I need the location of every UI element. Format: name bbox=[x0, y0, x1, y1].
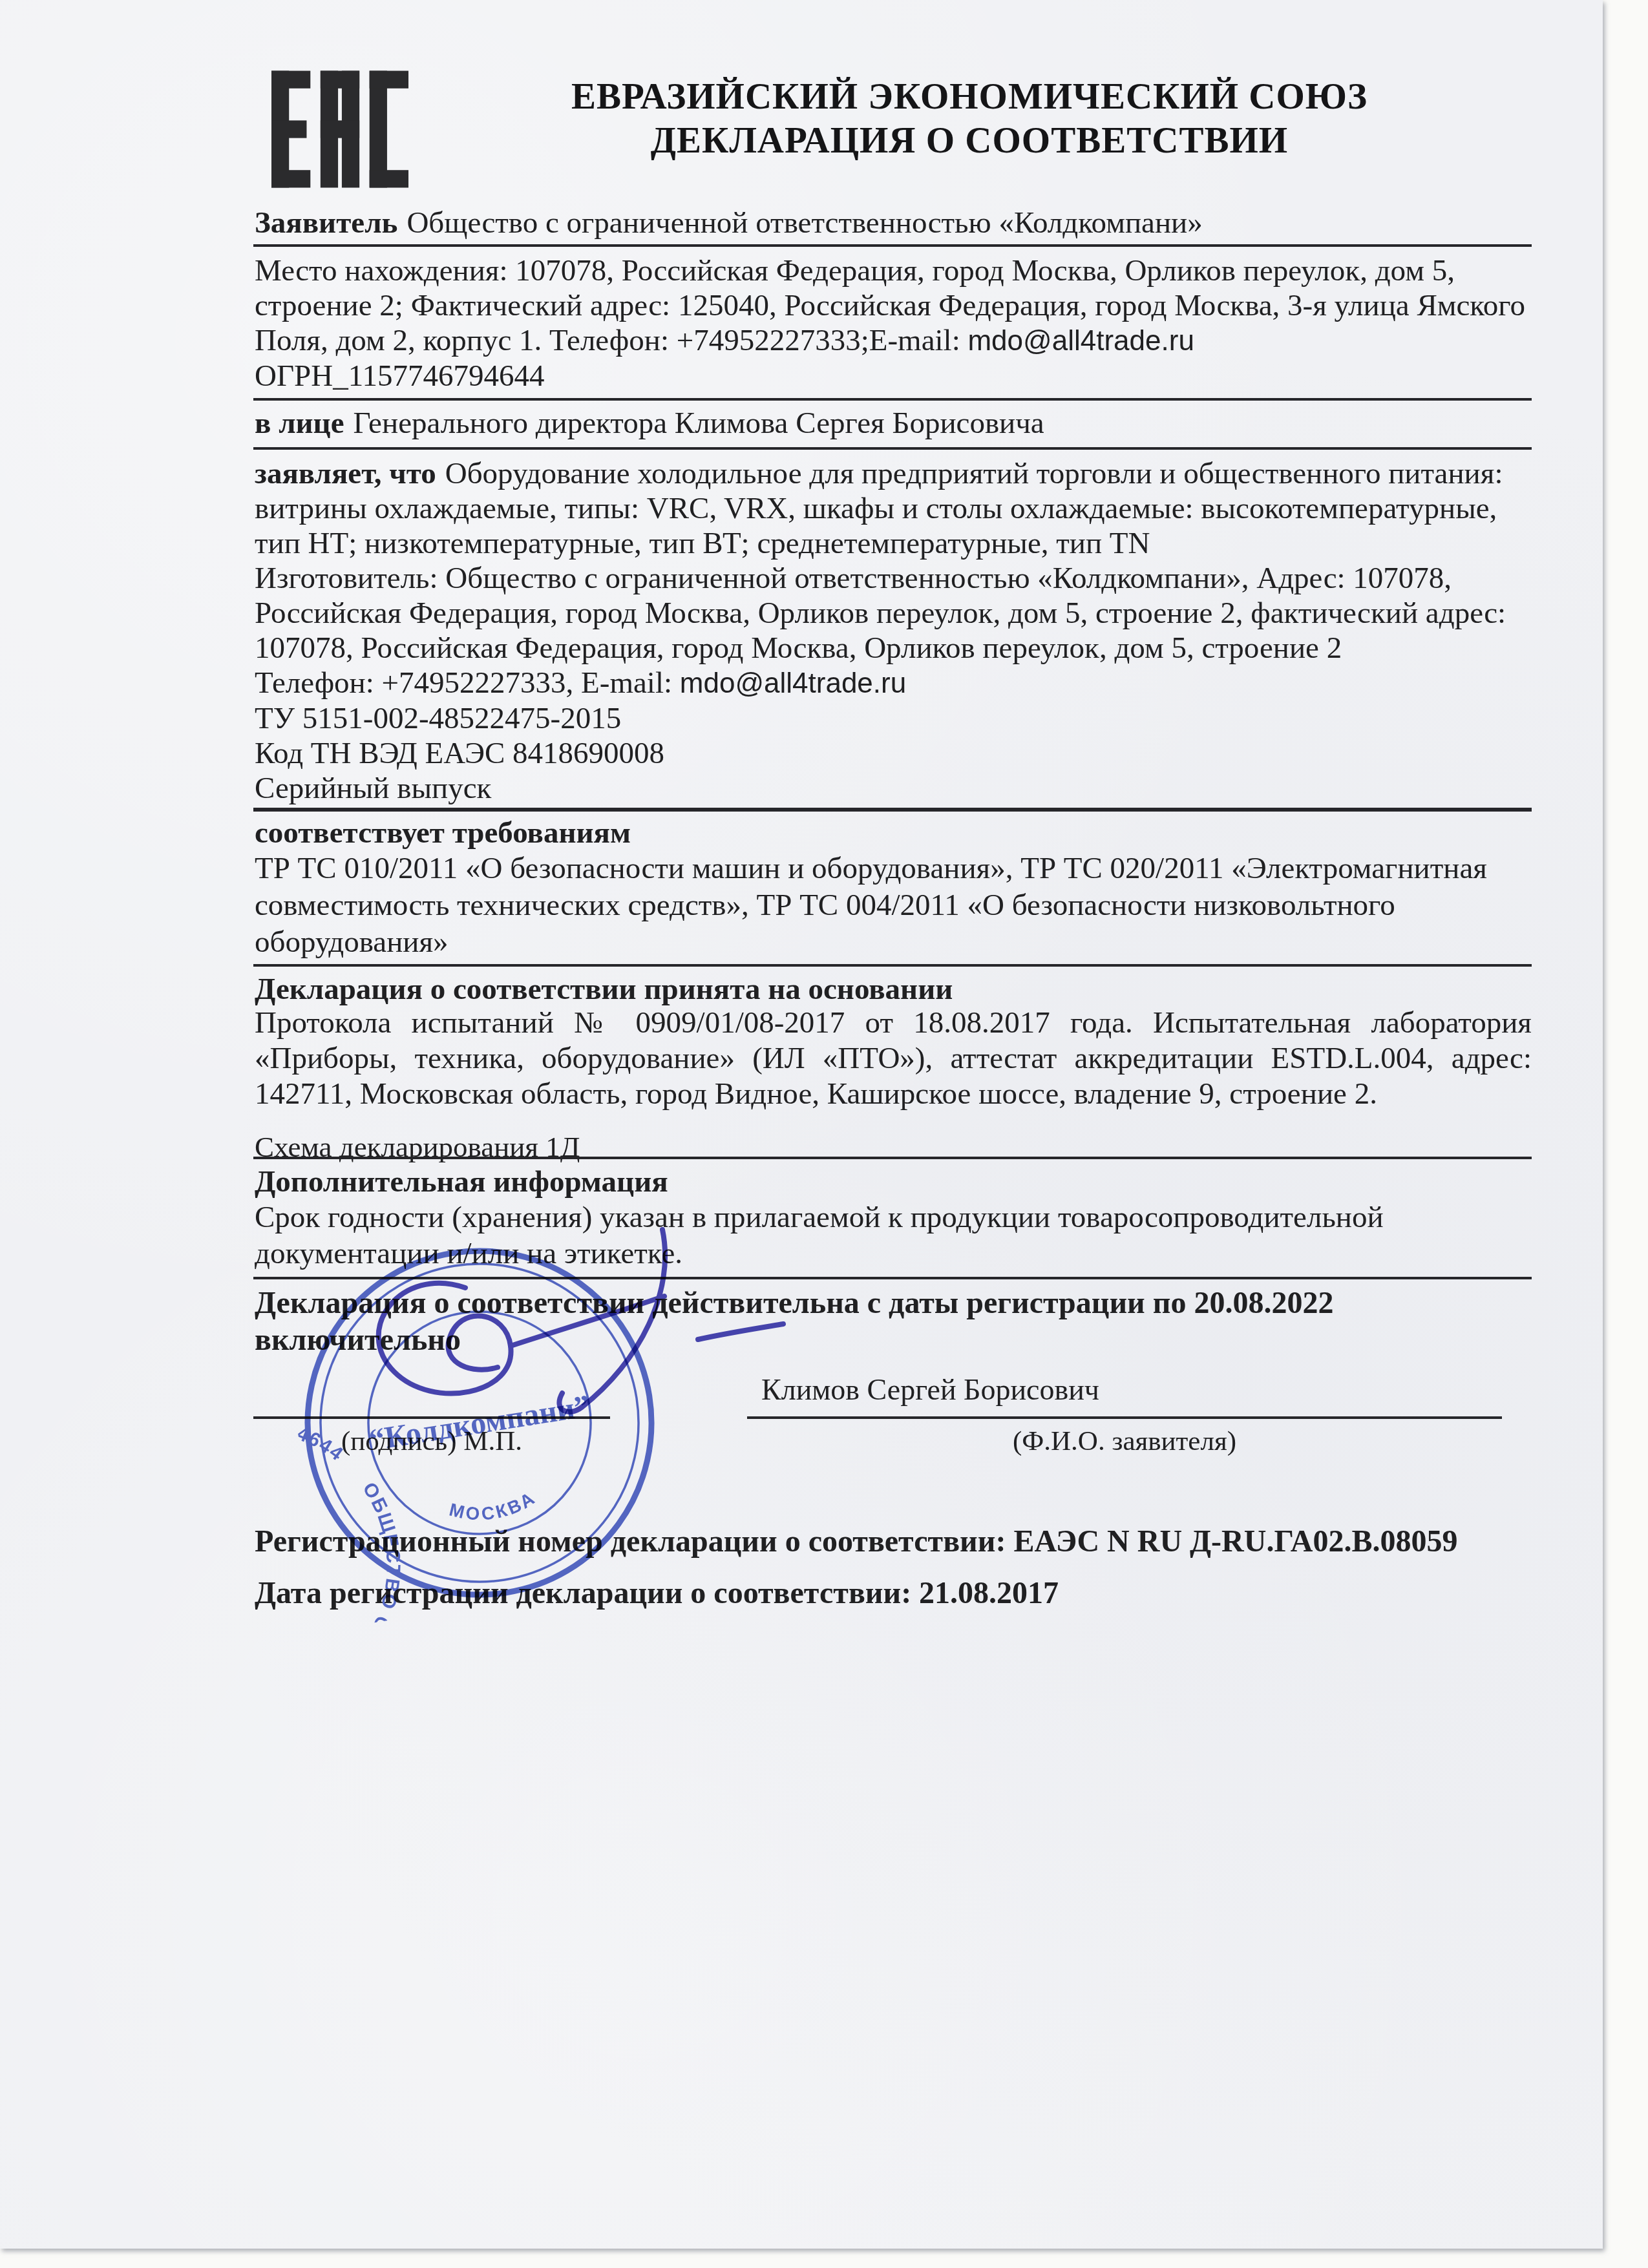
compliance-header: соответствует требованиям bbox=[255, 815, 1532, 850]
divider bbox=[253, 244, 1532, 247]
applicant-label: Заявитель bbox=[255, 206, 397, 240]
serial-line: Серийный выпуск bbox=[255, 771, 1532, 806]
location-email: mdo@all4trade.ru bbox=[967, 325, 1194, 357]
ogrn-line: ОГРН_1157746794644 bbox=[255, 359, 1532, 394]
tu-line: ТУ 5151-002-48522475-2015 bbox=[255, 701, 1532, 736]
divider bbox=[253, 447, 1532, 450]
basis-paragraph: Протокола испытаний № 0909/01/08-2017 от… bbox=[255, 1005, 1532, 1112]
basis-header: Декларация о соответствии принята на осн… bbox=[255, 972, 1532, 1007]
declares-label: заявляет, что bbox=[255, 457, 436, 490]
applicant-row: ЗаявительОбщество с ограниченной ответст… bbox=[255, 205, 1532, 240]
location-text: Место нахождения: 107078, Российская Фед… bbox=[255, 254, 1525, 357]
declares-email: mdo@all4trade.ru bbox=[680, 667, 906, 699]
fio-caption: (Ф.И.О. заявителя) bbox=[747, 1425, 1502, 1457]
divider bbox=[253, 808, 1532, 812]
eac-mark-icon bbox=[271, 68, 408, 190]
handwritten-signature bbox=[304, 1220, 821, 1440]
additional-header: Дополнительная информация bbox=[255, 1164, 1532, 1199]
name-line bbox=[747, 1416, 1502, 1419]
phone-line: Телефон: +74952227333, E-mail: mdo@all4t… bbox=[255, 666, 1532, 701]
scanned-declaration-page: ЕВРАЗИЙСКИЙ ЭКОНОМИЧЕСКИЙ СОЮЗ ДЕКЛАРАЦИ… bbox=[0, 0, 1648, 2268]
divider bbox=[253, 1157, 1532, 1159]
representative-row: в лицеГенерального директора Климова Сер… bbox=[255, 406, 1532, 441]
paper-sheet: ЕВРАЗИЙСКИЙ ЭКОНОМИЧЕСКИЙ СОЮЗ ДЕКЛАРАЦИ… bbox=[0, 0, 1603, 2249]
tnved-line: Код ТН ВЭД ЕАЭС 8418690008 bbox=[255, 736, 1532, 771]
union-title: ЕВРАЗИЙСКИЙ ЭКОНОМИЧЕСКИЙ СОЮЗ bbox=[407, 75, 1532, 119]
regulations-paragraph: ТР ТС 010/2011 «О безопасности машин и о… bbox=[255, 850, 1532, 961]
declaration-object-block: заявляет, чтоОборудование холодильное дл… bbox=[255, 456, 1532, 806]
manufacturer-text: Изготовитель: Общество с ограниченной от… bbox=[255, 561, 1532, 666]
representative-label: в лице bbox=[255, 406, 344, 440]
document-title: ДЕКЛАРАЦИЯ О СООТВЕТСТВИИ bbox=[407, 119, 1532, 163]
divider bbox=[253, 964, 1532, 967]
location-paragraph: Место нахождения: 107078, Российская Фед… bbox=[255, 253, 1532, 394]
divider bbox=[253, 398, 1532, 401]
applicant-value: Общество с ограниченной ответственностью… bbox=[407, 206, 1202, 240]
representative-value: Генерального директора Климова Сергея Бо… bbox=[354, 406, 1044, 440]
product-description: Оборудование холодильное для предприятий… bbox=[255, 457, 1503, 560]
document-header: ЕВРАЗИЙСКИЙ ЭКОНОМИЧЕСКИЙ СОЮЗ ДЕКЛАРАЦИ… bbox=[407, 75, 1532, 163]
